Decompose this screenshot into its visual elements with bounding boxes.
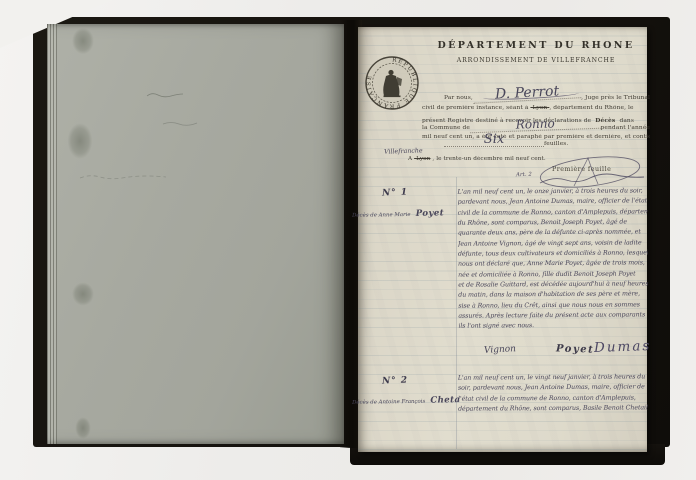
printed-text: , Juge près le Tribunal	[581, 95, 650, 101]
sheet-count-handwritten: Six	[444, 133, 544, 147]
place-correction-handwritten: Villefranche	[384, 147, 423, 155]
entry-1-number: N° 1	[382, 188, 408, 199]
arrondissement-subtitle: ARRONDISSEMENT DE VILLEFRANCHE	[430, 57, 642, 64]
form-line-1: Par nous, D. Perrot , Juge près le Tribu…	[444, 79, 650, 101]
stamp-annotation: Art. 2	[516, 172, 532, 179]
form-line-6: Six feuilles.	[444, 131, 574, 147]
judge-signature: D. Perrot	[473, 83, 582, 104]
register-title-page: RÉPUBLIQUE FRANÇAISE DÉPARTEMENT DU RHON…	[358, 27, 647, 452]
struck-word: Lyon Villefranche	[530, 105, 549, 111]
entry-2-number: N° 2	[382, 376, 408, 387]
struck-word: Lyon	[414, 156, 430, 162]
entry-2-margin-label: Décès de Antoine François Chetail	[352, 387, 460, 408]
entry-2-act-text: L'an mil neuf cent un, le vingt neuf jan…	[458, 372, 650, 415]
department-title: DÉPARTEMENT DU RHONE	[430, 40, 642, 51]
act-line: assurés. Après lecture faite du présent …	[458, 310, 648, 322]
printed-text: Par nous,	[444, 95, 473, 101]
entry-1-act-text: L'an mil neuf cent un, le onze janvier, …	[457, 186, 648, 332]
act-line: ils l'ont signé avec nous.	[458, 321, 648, 333]
witness-signature: Vignon	[484, 344, 516, 356]
act-line: département du Rhône, sont comparus, Bas…	[458, 403, 650, 415]
pencil-scribbles	[47, 24, 344, 444]
form-line-2: civil de première instance, séant à Lyon…	[422, 105, 650, 111]
left-blank-page	[47, 24, 344, 444]
declarant-signature: Poyet	[556, 343, 595, 355]
mayor-signature: Dumas	[594, 338, 652, 356]
entry-1-margin-label: Décès de Anne Marie Poyet	[352, 200, 458, 221]
republique-francaise-seal-icon: RÉPUBLIQUE FRANÇAISE	[364, 54, 420, 112]
form-line-4: la Commune de Ronno pendant l'année	[422, 115, 650, 131]
scanned-register-photo: RÉPUBLIQUE FRANÇAISE DÉPARTEMENT DU RHON…	[0, 0, 696, 480]
